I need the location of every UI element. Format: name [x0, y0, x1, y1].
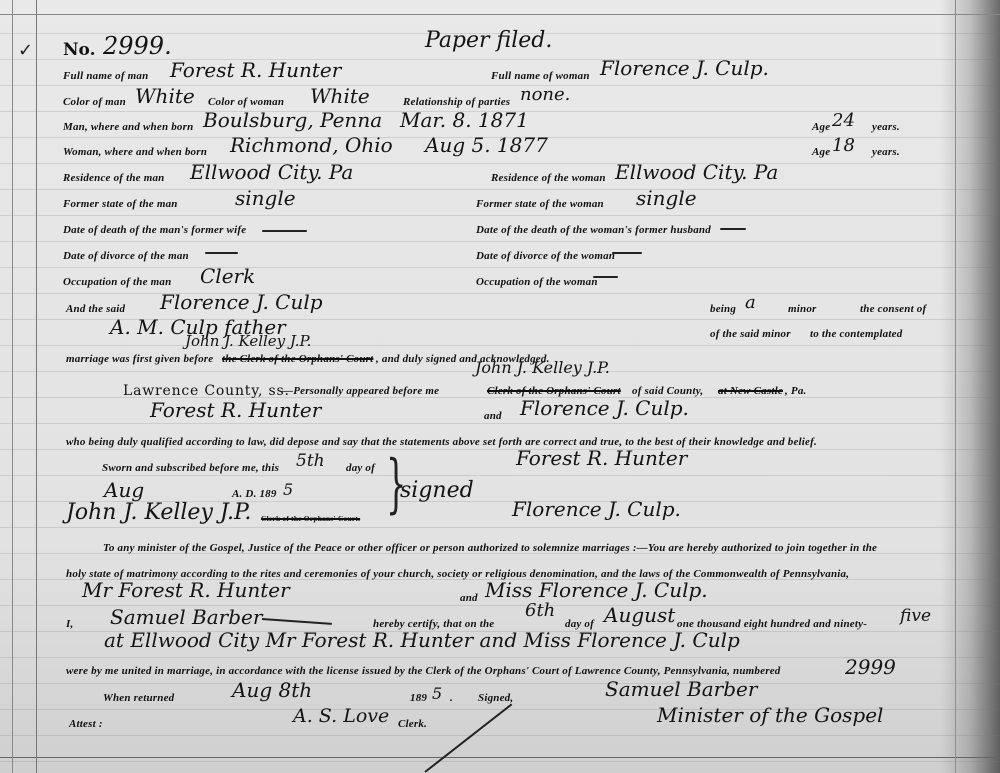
sworn-day-of: day of [346, 462, 375, 474]
residence-woman-value: Ellwood City. Pa [615, 160, 778, 184]
divorce-woman-dash [612, 252, 642, 254]
sworn-text: Sworn and subscribed before me, this [102, 462, 279, 474]
license-number: 2999 [845, 655, 896, 679]
death-former-husband-dash [720, 228, 746, 230]
consent-line3-a: marriage was first given before [66, 353, 213, 365]
margin-line-inner [36, 0, 37, 773]
returned-period: . [450, 692, 453, 704]
ceremony-place-line: at Ellwood City Mr Forest R. Hunter and … [104, 628, 740, 652]
margin-line-outer [12, 0, 13, 773]
occupation-woman-dash [593, 276, 618, 278]
certificate-month: August [604, 603, 675, 627]
man-age-value: 24 [832, 110, 855, 131]
woman-age-label: Age [812, 146, 830, 158]
occupation-woman-label: Occupation of the woman [476, 276, 598, 288]
clerk-label: Clerk. [398, 718, 427, 730]
and-the-said-label: And the said [66, 303, 125, 315]
authorization-and: and [460, 592, 478, 604]
when-returned-label: When returned [103, 692, 174, 704]
record-number-label: No. [63, 40, 96, 60]
occupation-man-label: Occupation of the man [63, 276, 171, 288]
divorce-man-dash [205, 252, 238, 254]
relationship-value: none. [520, 84, 570, 105]
residence-woman-label: Residence of the woman [491, 172, 606, 184]
signature-man: Forest R. Hunter [516, 446, 687, 470]
certificate-year-word: five [900, 606, 931, 626]
pa-label: , Pa. [785, 385, 806, 397]
man-born-place: Boulsburg, Penna [203, 108, 382, 132]
bottom-rule [0, 757, 1000, 758]
check-mark-icon: ✓ [18, 40, 33, 61]
minor-name: Florence J. Culp [160, 290, 323, 314]
united-text: were by me united in marriage, in accord… [66, 665, 780, 677]
man-age-suffix: years. [872, 121, 900, 133]
woman-age-suffix: years. [872, 146, 900, 158]
man-age-label: Age [812, 121, 830, 133]
former-state-woman-value: single [636, 186, 697, 210]
officiant-name: Samuel Barber [110, 605, 262, 629]
of-said-minor-label: of the said minor [710, 328, 791, 340]
full-name-woman-label: Full name of woman [491, 70, 590, 82]
struck-place: at New Castle [718, 385, 783, 397]
affidavit-and: and [484, 410, 502, 422]
woman-age-value: 18 [832, 135, 855, 156]
residence-man-value: Ellwood City. Pa [190, 160, 353, 184]
death-former-wife-label: Date of death of the man's former wife [63, 224, 246, 236]
document-page: ✓ No. 2999. Paper filed. Full name of ma… [0, 0, 1000, 773]
full-name-woman-value: Florence J. Culp. [600, 56, 769, 80]
sworn-year-digit: 5 [283, 480, 293, 499]
residence-man-label: Residence of the man [63, 172, 164, 184]
margin-line-right [955, 0, 956, 773]
woman-born-date: Aug 5. 1877 [425, 133, 548, 157]
former-state-man-label: Former state of the man [63, 198, 178, 210]
consent-of-label: the consent of [860, 303, 926, 315]
relationship-label: Relationship of parties [403, 96, 510, 108]
sworn-month: Aug [104, 478, 144, 502]
sworn-ad: A. D. 189 [232, 488, 277, 500]
minor-label: minor [788, 303, 817, 315]
attest-signature: A. S. Love [293, 705, 389, 727]
divorce-man-label: Date of divorce of the man [63, 250, 189, 262]
being-label: being [710, 303, 736, 315]
sworn-official-signature: John J. Kelley J.P. [66, 500, 251, 525]
returned-year-digit: 5 [432, 684, 442, 703]
signature-woman: Florence J. Culp. [512, 497, 681, 521]
affidavit-party-woman: Florence J. Culp. [520, 396, 689, 420]
minister-title: Minister of the Gospel [657, 703, 883, 727]
signed-label: signed [400, 478, 474, 503]
returned-date: Aug 8th [232, 678, 312, 702]
being-value: a [745, 292, 756, 313]
authorization-groom: Mr Forest R. Hunter [82, 578, 290, 602]
signed-label-text: Signed, [478, 692, 513, 704]
death-former-wife-dash [262, 230, 307, 232]
sworn-struck-title: Clerk of the Orphans' Court. [261, 514, 360, 523]
occupation-man-value: Clerk [200, 264, 255, 288]
contemplated-label: to the contemplated [810, 328, 902, 340]
color-woman-label: Color of woman [208, 96, 284, 108]
county-heading: Lawrence County, ss. [123, 383, 290, 399]
former-state-woman-label: Former state of the woman [476, 198, 604, 210]
minister-signature: Samuel Barber [605, 677, 757, 701]
color-man-value: White [135, 84, 195, 108]
former-state-man-value: single [235, 186, 296, 210]
returned-year: 189 [410, 692, 427, 704]
affidavit-statement: who being duly qualified according to la… [66, 436, 817, 448]
appeared-text: —Personally appeared before me [282, 385, 439, 397]
consent-line3-struck: the Clerk of the Orphans' Court [222, 353, 373, 365]
affidavit-interlined-official: John J. Kelley J.P. [475, 358, 610, 377]
attest-label: Attest : [69, 718, 103, 730]
man-born-label: Man, where and when born [63, 121, 193, 133]
authorization-line1: To any minister of the Gospel, Justice o… [103, 542, 877, 554]
certificate-day: 6th [525, 600, 555, 621]
full-name-man-value: Forest R. Hunter [170, 58, 341, 82]
man-born-date: Mar. 8. 1871 [400, 108, 529, 132]
authorization-bride: Miss Florence J. Culp. [485, 578, 708, 602]
woman-born-place: Richmond, Ohio [230, 133, 393, 157]
top-rule [0, 14, 1000, 15]
record-number: 2999. [103, 32, 172, 60]
paper-filed-note: Paper filed. [425, 28, 552, 53]
sworn-day: 5th [296, 451, 325, 471]
certificate-i: I, [66, 618, 73, 630]
woman-born-label: Woman, where and when born [63, 146, 207, 158]
consent-interlined-official: John J. Kelley J.P. [185, 332, 311, 350]
affidavit-party-man: Forest R. Hunter [150, 398, 321, 422]
death-former-husband-label: Date of the death of the woman's former … [476, 224, 711, 236]
color-woman-value: White [310, 84, 370, 108]
color-man-label: Color of man [63, 96, 126, 108]
divorce-woman-label: Date of divorce of the woman [476, 250, 615, 262]
full-name-man-label: Full name of man [63, 70, 148, 82]
